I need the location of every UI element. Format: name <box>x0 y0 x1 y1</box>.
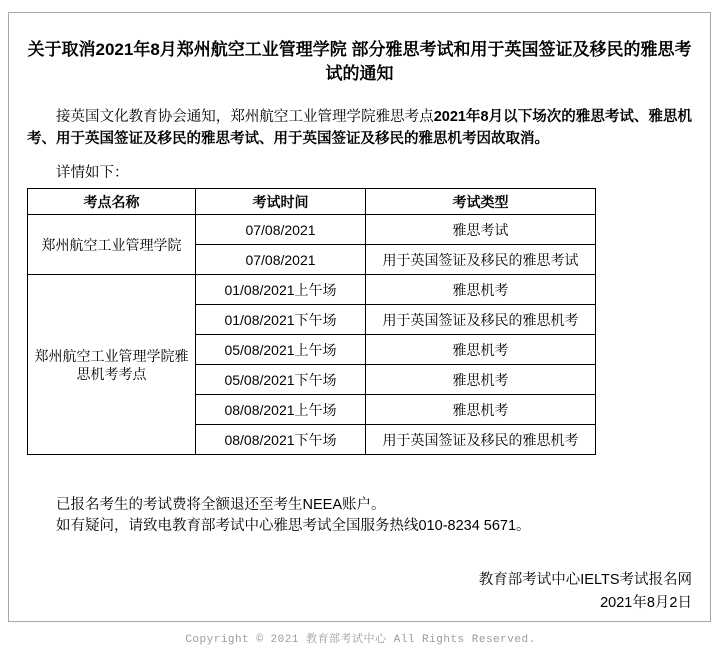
type-cell: 雅思机考 <box>366 395 596 425</box>
header-venue: 考点名称 <box>28 189 196 215</box>
type-cell: 用于英国签证及移民的雅思机考 <box>366 425 596 455</box>
signature-org: 教育部考试中心IELTS考试报名网 <box>27 569 692 592</box>
hotline-note: 如有疑问，请致电教育部考试中心雅思考试全国服务热线010-8234 5671。 <box>27 516 692 537</box>
time-cell: 05/08/2021上午场 <box>196 335 366 365</box>
table-row: 郑州航空工业管理学院雅思机考考点 01/08/2021上午场 雅思机考 <box>28 275 596 305</box>
notice-page: 关于取消2021年8月郑州航空工业管理学院 部分雅思考试和用于英国签证及移民的雅… <box>0 0 721 653</box>
time-cell: 05/08/2021下午场 <box>196 365 366 395</box>
header-type: 考试类型 <box>366 189 596 215</box>
copyright-text: Copyright © 2021 教育部考试中心 All Rights Rese… <box>0 630 721 646</box>
intro-text-normal: 接英国文化教育协会通知，郑州航空工业管理学院雅思考点 <box>56 109 434 125</box>
type-cell: 用于英国签证及移民的雅思机考 <box>366 305 596 335</box>
type-cell: 雅思机考 <box>366 275 596 305</box>
header-time: 考试时间 <box>196 189 366 215</box>
type-cell: 雅思考试 <box>366 215 596 245</box>
signature-block: 教育部考试中心IELTS考试报名网 2021年8月2日 <box>27 569 692 615</box>
time-cell: 07/08/2021 <box>196 215 366 245</box>
table-row: 郑州航空工业管理学院 07/08/2021 雅思考试 <box>28 215 596 245</box>
details-label: 详情如下： <box>27 161 692 182</box>
type-cell: 用于英国签证及移民的雅思考试 <box>366 245 596 275</box>
notice-content-box: 关于取消2021年8月郑州航空工业管理学院 部分雅思考试和用于英国签证及移民的雅… <box>8 12 711 622</box>
refund-note: 已报名考生的考试费将全额退还至考生NEEA账户。 <box>27 495 692 516</box>
table-header-row: 考点名称 考试时间 考试类型 <box>28 189 596 215</box>
time-cell: 01/08/2021下午场 <box>196 305 366 335</box>
venue-cell: 郑州航空工业管理学院 <box>28 215 196 275</box>
time-cell: 08/08/2021下午场 <box>196 425 366 455</box>
page-title: 关于取消2021年8月郑州航空工业管理学院 部分雅思考试和用于英国签证及移民的雅… <box>27 38 692 86</box>
intro-paragraph: 接英国文化教育协会通知，郑州航空工业管理学院雅思考点2021年8月以下场次的雅思… <box>27 106 692 150</box>
venue-cell: 郑州航空工业管理学院雅思机考考点 <box>28 275 196 455</box>
type-cell: 雅思机考 <box>366 365 596 395</box>
notes-section: 已报名考生的考试费将全额退还至考生NEEA账户。 如有疑问，请致电教育部考试中心… <box>27 495 692 537</box>
type-cell: 雅思机考 <box>366 335 596 365</box>
signature-date: 2021年8月2日 <box>27 592 692 615</box>
time-cell: 08/08/2021上午场 <box>196 395 366 425</box>
time-cell: 07/08/2021 <box>196 245 366 275</box>
cancelled-exams-table: 考点名称 考试时间 考试类型 郑州航空工业管理学院 07/08/2021 雅思考… <box>27 188 596 455</box>
time-cell: 01/08/2021上午场 <box>196 275 366 305</box>
